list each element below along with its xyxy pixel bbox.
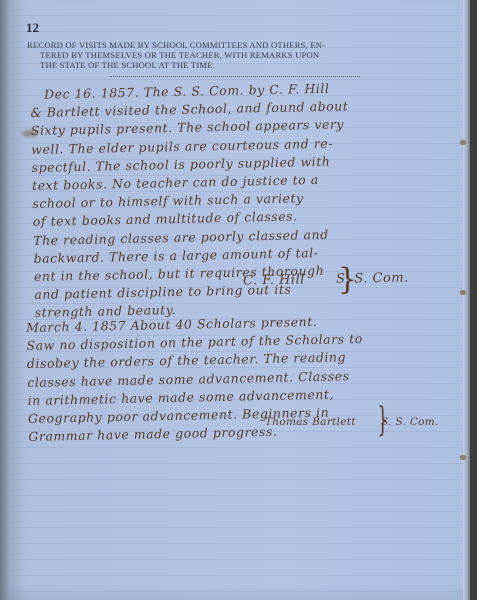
printed-header: RECORD OF VISITS MADE BY SCHOOL COMMITTE… [27,40,457,70]
header-line-2: TERED BY THEMSELVES OR THE TEACHER, WITH… [27,50,457,60]
signature-brace: } [377,400,388,440]
header-line-3: THE STATE OF THE SCHOOL AT THE TIME. [27,60,457,70]
page-number: 12 [26,20,39,36]
signature-role: S. S. Com. [381,416,439,428]
binding-tab [460,455,466,460]
ledger-page: 12 RECORD OF VISITS MADE BY SCHOOL COMMI… [0,0,470,600]
header-divider [110,74,360,77]
signature-name: Thomas Bartlett [265,416,356,428]
signature-hill: C. F. Hill S. S. Com. [243,271,409,289]
header-line-1: RECORD OF VISITS MADE BY SCHOOL COMMITTE… [27,40,457,50]
signature-bartlett: Thomas Bartlett S. S. Com. [265,416,439,428]
page-edge [463,0,470,600]
signature-name: C. F. Hill [243,272,305,288]
signature-brace: } [338,262,357,297]
binding-tab [460,140,466,145]
binding-tab [460,290,466,295]
